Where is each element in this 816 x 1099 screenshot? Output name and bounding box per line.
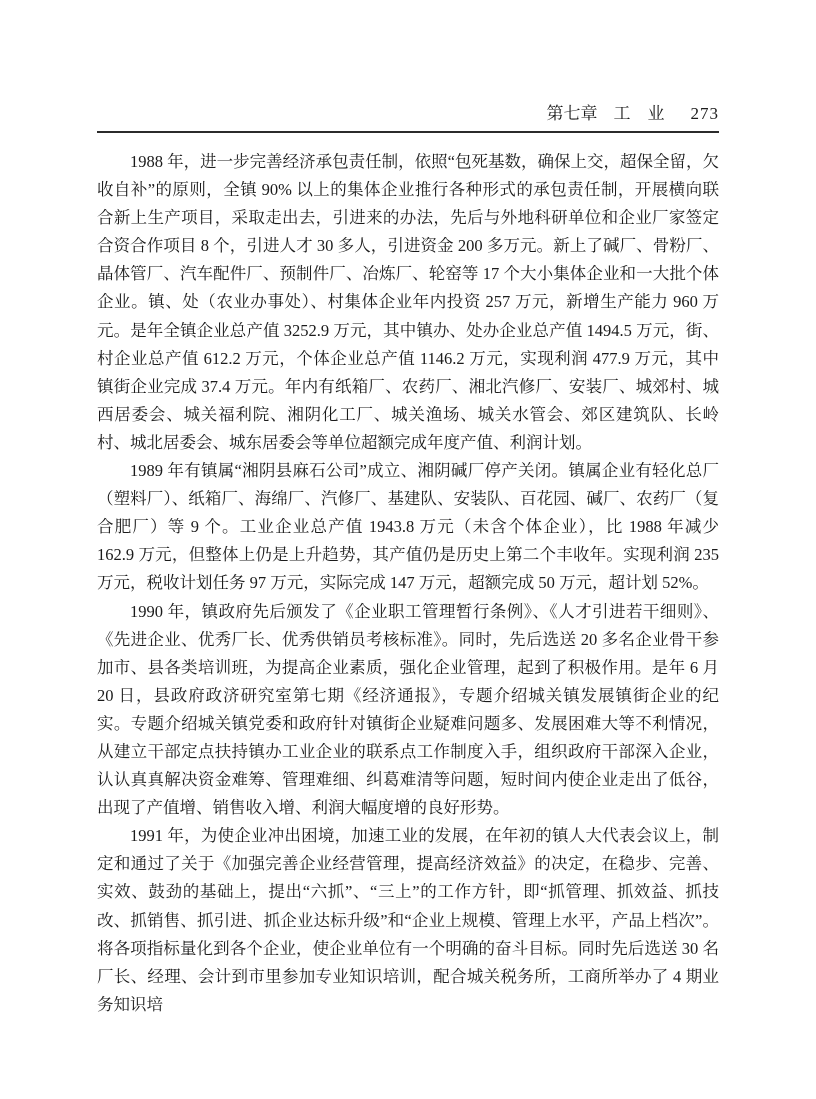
chapter-label: 第七章: [547, 104, 598, 123]
paragraph-1990: 1990 年，镇政府先后颁发了《企业职工管理暂行条例》、《人才引进若干细则》、《…: [97, 598, 719, 823]
page-number: 273: [691, 104, 720, 123]
document-page: 第七章工 业273 1988 年，进一步完善经济承包责任制，依照“包死基数，确保…: [0, 0, 816, 1099]
page-content: 第七章工 业273 1988 年，进一步完善经济承包责任制，依照“包死基数，确保…: [97, 104, 719, 1019]
paragraph-1991: 1991 年，为使企业冲出困境，加速工业的发展，在年初的镇人大代表会议上，制定和…: [97, 822, 719, 1019]
body-text: 1988 年，进一步完善经济承包责任制，依照“包死基数，确保上交，超保全留，欠收…: [97, 148, 719, 1019]
running-header: 第七章工 业273: [97, 104, 719, 133]
paragraph-1989: 1989 年有镇属“湘阴县麻石公司”成立、湘阴碱厂停产关闭。镇属企业有轻化总厂（…: [97, 457, 719, 597]
paragraph-1988: 1988 年，进一步完善经济承包责任制，依照“包死基数，确保上交，超保全留，欠收…: [97, 148, 719, 457]
section-title: 工 业: [614, 104, 665, 123]
